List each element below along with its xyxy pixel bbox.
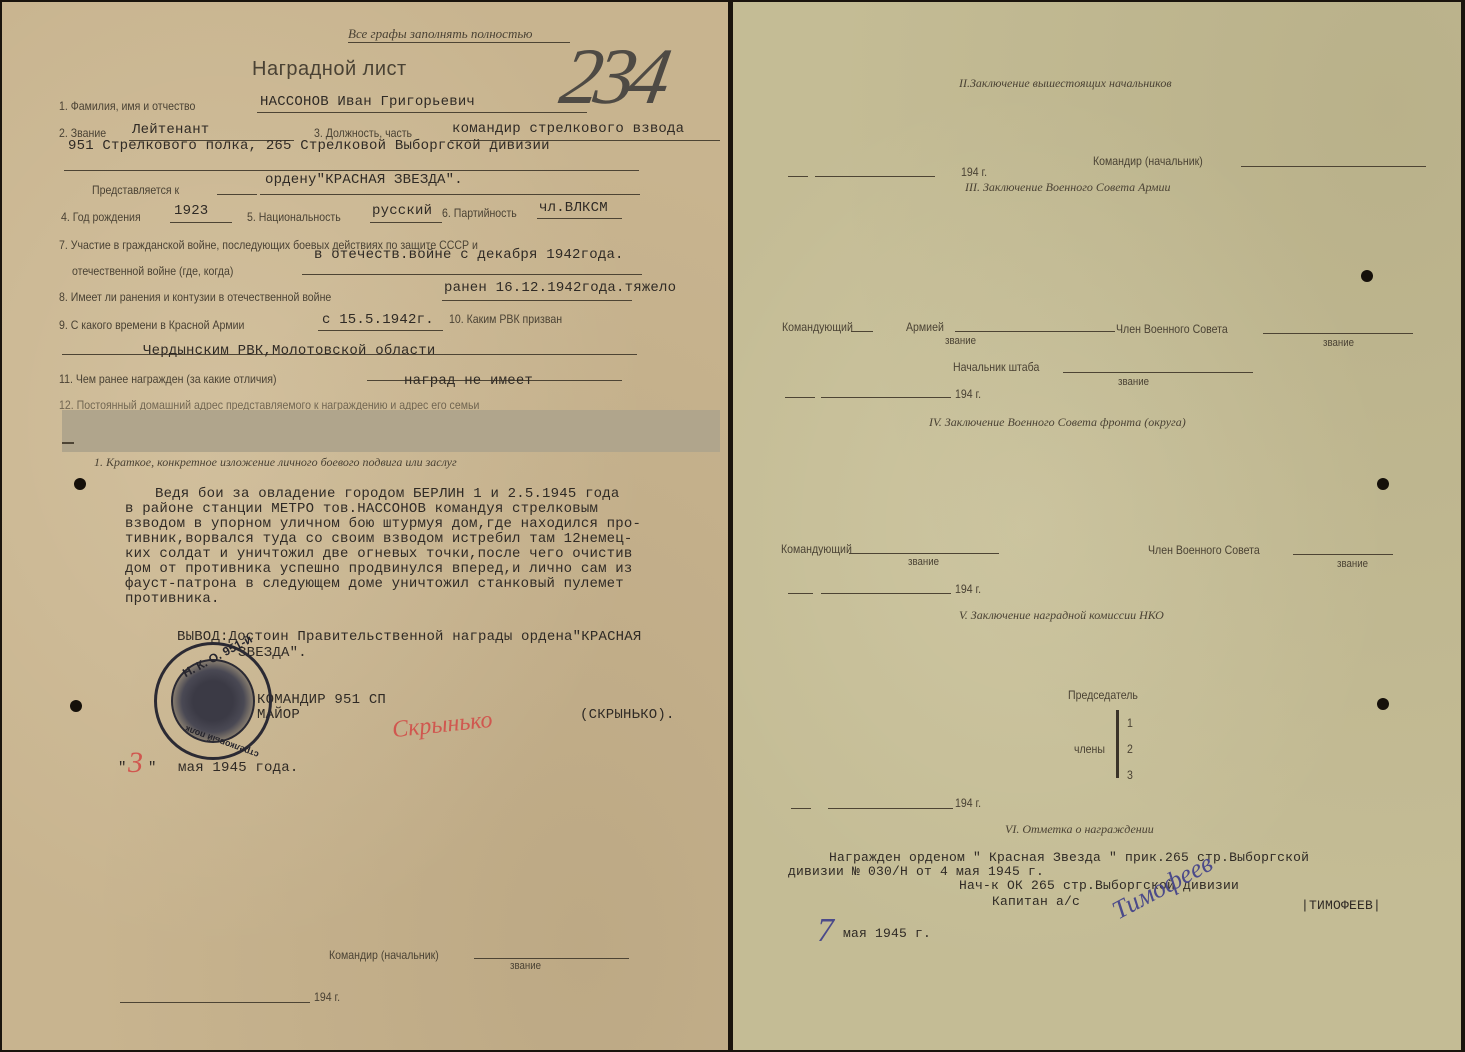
- award-record-line2: дивизии № 030/Н от 4 мая 1945 г.: [788, 864, 1044, 879]
- red-signature: Скрынько: [391, 707, 494, 744]
- service-since-value: с 15.5.1942г.: [322, 312, 434, 328]
- s3-chief-label: Начальник штаба: [953, 360, 1039, 374]
- section-1-heading: 1. Краткое, конкретное изложение личного…: [94, 455, 457, 470]
- field-6-label: 6. Партийность: [442, 206, 517, 220]
- position-value-line1: командир стрелкового взвода: [452, 121, 684, 137]
- section-2-heading: II.Заключение вышестоящих начальников: [959, 76, 1172, 91]
- header-note: Все графы заполнять полностью: [348, 26, 532, 42]
- s3-date-year: 194 г.: [955, 387, 981, 401]
- full-name-value: НАССОНОВ Иван Григорьевич: [260, 94, 475, 110]
- award-sheet-front-page: Все графы заполнять полностью Наградной …: [2, 2, 728, 1050]
- redacted-address-block: [62, 410, 720, 452]
- regiment-seal-stamp: Н. К. О. 951-й стрелковый полк: [154, 642, 272, 760]
- s2-commander-label: Командир (начальник): [1093, 154, 1203, 168]
- position-value-line2: 951 Стрелкового полка, 265 Стрелковой Вы…: [68, 138, 550, 154]
- s4-member-label: Член Военного Совета: [1148, 543, 1260, 557]
- s6-date-rest: мая 1945 г.: [843, 926, 931, 941]
- s3-commander-label: Командующий: [782, 320, 853, 334]
- birth-year-value: 1923: [174, 203, 208, 219]
- conscription-office-value: Чердынским РВК,Молотовской области: [143, 343, 435, 359]
- field-4-label: 4. Год рождения: [61, 210, 141, 224]
- section-4-heading: IV. Заключение Военного Совета фронта (о…: [929, 415, 1186, 430]
- section-3-heading: III. Заключение Военного Совета Армии: [965, 180, 1171, 195]
- wounds-value: ранен 16.12.1942года.тяжело: [444, 280, 676, 296]
- s3-army-label: Армией: [906, 320, 944, 334]
- s3-rank-label: звание: [945, 335, 976, 347]
- narrative-line: противника.: [125, 591, 220, 607]
- narrative-line: в районе станции МЕТРО тов.НАССОНОВ кома…: [125, 501, 598, 517]
- field-9-label: 9. С какого времени в Красной Армии: [59, 318, 244, 332]
- narrative-line: тивник,ворвался туда со своим взводом ис…: [125, 531, 632, 547]
- party-value: чл.ВЛКСМ: [539, 200, 608, 216]
- award-value: ордену"КРАСНАЯ ЗВЕЗДА".: [265, 172, 463, 188]
- s5-chair-label: Председатель: [1068, 688, 1138, 702]
- punch-hole: [70, 700, 82, 712]
- handwritten-number: 234: [554, 32, 672, 123]
- date-day-handwritten: 3: [128, 746, 143, 780]
- narrative-line: ких солдат и уничтожил две огневых точки…: [125, 546, 632, 562]
- nationality-value: русский: [372, 203, 432, 219]
- s2-date-year: 194 г.: [961, 165, 987, 179]
- s4-rank-label: звание: [908, 556, 939, 568]
- punch-hole: [1377, 478, 1389, 490]
- punch-hole: [1361, 270, 1373, 282]
- s4-rank-label: звание: [1337, 558, 1368, 570]
- field-10-label: 10. Каким РВК призван: [449, 312, 562, 326]
- punch-hole: [74, 478, 86, 490]
- footer-commander-label: Командир (начальник): [329, 948, 439, 962]
- narrative-line: взводом в упорном уличном бою штурмуя до…: [125, 516, 641, 532]
- signer-title-line1: КОМАНДИР 951 СП: [257, 692, 386, 708]
- punch-hole: [1377, 698, 1389, 710]
- footer-date-year: 194 г.: [314, 990, 340, 1004]
- previous-awards-value: наград не имеет: [404, 373, 533, 389]
- s5-member-number: 3: [1127, 768, 1133, 782]
- s6-date-day-handwritten: 7: [817, 912, 834, 950]
- s4-date-year: 194 г.: [955, 582, 981, 596]
- s5-member-number: 1: [1127, 716, 1133, 730]
- field-1-label: 1. Фамилия, имя и отчество: [59, 99, 195, 113]
- page-title: Наградной лист: [252, 58, 407, 81]
- s3-rank-label: звание: [1118, 376, 1149, 388]
- presented-label: Представляется к: [92, 183, 179, 197]
- s3-member-label: Член Военного Совета: [1116, 322, 1228, 336]
- award-sheet-back-page: II.Заключение вышестоящих начальников 19…: [733, 2, 1461, 1050]
- award-record-signer: |ТИМОФЕЕВ|: [1301, 898, 1381, 913]
- field-5-label: 5. Национальность: [247, 210, 341, 224]
- field-11-label: 11. Чем ранее награжден (за какие отличи…: [59, 372, 277, 386]
- field-8-label: 8. Имеет ли ранения и контузии в отечест…: [59, 290, 331, 304]
- members-bracket-line: [1116, 710, 1119, 778]
- s5-members-label: члены: [1074, 742, 1105, 756]
- award-record-line1: Награжден орденом " Красная Звезда " при…: [829, 850, 1309, 865]
- date-quote-close: ": [148, 760, 157, 776]
- s5-member-number: 2: [1127, 742, 1133, 756]
- section-6-heading: VI. Отметка о награждении: [1005, 822, 1154, 837]
- s3-rank-label: звание: [1323, 337, 1354, 349]
- award-record-line4: Капитан а/с: [992, 894, 1080, 909]
- rank-value: Лейтенант: [132, 122, 209, 138]
- s4-commander-label: Командующий: [781, 542, 852, 556]
- war-participation-value: в отечеств.войне с декабря 1942года.: [314, 247, 624, 263]
- field-7-label-line2: отечественной войне (где, когда): [72, 264, 233, 278]
- date-rest: мая 1945 года.: [178, 760, 298, 776]
- narrative-line: Ведя бои за овладение городом БЕРЛИН 1 и…: [155, 486, 619, 502]
- s5-date-year: 194 г.: [955, 796, 981, 810]
- narrative-line: дом от противника успешно продвинулся вп…: [125, 561, 632, 577]
- footer-rank-label: звание: [510, 960, 541, 972]
- date-quote-open: ": [118, 760, 127, 776]
- section-5-heading: V. Заключение наградной комиссии НКО: [959, 608, 1164, 623]
- signer-name: (СКРЫНЬКО).: [580, 707, 675, 723]
- narrative-line: фауст-патрона в следующем доме уничтожил…: [125, 576, 624, 592]
